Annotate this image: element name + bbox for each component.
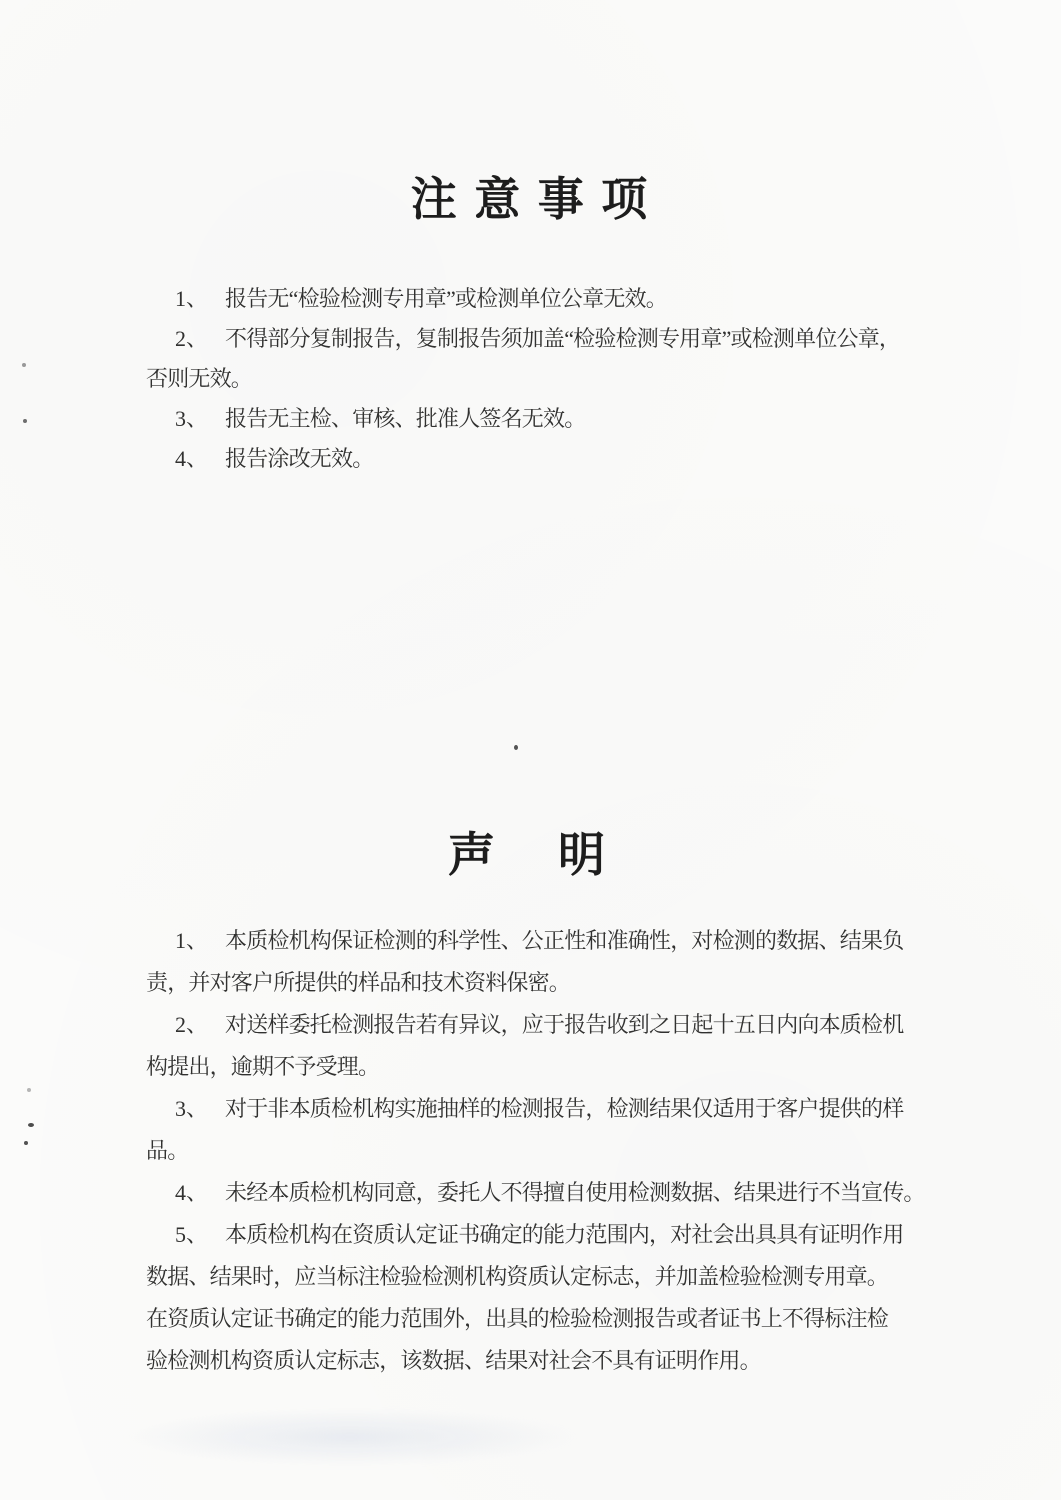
- continuation-line: 构提出，逾期不予受理。: [146, 1046, 921, 1088]
- item-number: 4、: [175, 1172, 225, 1214]
- statement-body: 1、本质检机构保证检测的科学性、公正性和准确性，对检测的数据、结果负责，并对客户…: [146, 920, 921, 1382]
- list-item-line: 1、本质检机构保证检测的科学性、公正性和准确性，对检测的数据、结果负: [146, 920, 921, 962]
- line-text: 构提出，逾期不予受理。: [146, 1054, 379, 1079]
- scan-speck: [24, 1141, 28, 1145]
- line-text: 对送样委托检测报告若有异议，应于报告收到之日起十五日内向本质检机: [225, 1012, 903, 1037]
- line-text: 在资质认定证书确定的能力范围外，出具的检验检测报告或者证书上不得标注检: [146, 1306, 888, 1331]
- line-text: 报告无“检验检测专用章”或检测单位公章无效。: [225, 286, 667, 311]
- line-text: 品。: [146, 1138, 188, 1163]
- continuation-line: 责，并对客户所提供的样品和技术资料保密。: [146, 962, 921, 1004]
- notice-body: 1、报告无“检验检测专用章”或检测单位公章无效。2、不得部分复制报告，复制报告须…: [146, 279, 921, 479]
- item-number: 5、: [175, 1214, 225, 1256]
- list-item-line: 3、对于非本质检机构实施抽样的检测报告，检测结果仅适用于客户提供的样: [146, 1088, 921, 1130]
- statement-title: 声 明: [0, 818, 1061, 885]
- line-text: 报告涂改无效。: [225, 446, 373, 471]
- list-item-line: 3、报告无主检、审核、批准人签名无效。: [146, 399, 921, 439]
- scan-smudge: [120, 1408, 580, 1466]
- list-item-line: 2、对送样委托检测报告若有异议，应于报告收到之日起十五日内向本质检机: [146, 1004, 921, 1046]
- item-number: 1、: [175, 920, 225, 962]
- continuation-line: 在资质认定证书确定的能力范围外，出具的检验检测报告或者证书上不得标注检: [146, 1298, 921, 1340]
- continuation-line: 验检测机构资质认定标志，该数据、结果对社会不具有证明作用。: [146, 1340, 921, 1382]
- scan-speck: [22, 363, 26, 367]
- scan-speck: [27, 1088, 31, 1092]
- continuation-line: 品。: [146, 1130, 921, 1172]
- list-item-line: 5、本质检机构在资质认定证书确定的能力范围内，对社会出具具有证明作用: [146, 1214, 921, 1256]
- line-text: 验检测机构资质认定标志，该数据、结果对社会不具有证明作用。: [146, 1348, 761, 1373]
- line-text: 对于非本质检机构实施抽样的检测报告，检测结果仅适用于客户提供的样: [225, 1096, 903, 1121]
- scan-speck: [514, 745, 518, 750]
- line-text: 本质检机构保证检测的科学性、公正性和准确性，对检测的数据、结果负: [225, 928, 903, 953]
- scanned-report-page: 注 意 事 项 1、报告无“检验检测专用章”或检测单位公章无效。2、不得部分复制…: [0, 0, 1061, 1500]
- line-text: 未经本质检机构同意，委托人不得擅自使用检测数据、结果进行不当宣传。: [225, 1180, 925, 1205]
- line-text: 数据、结果时，应当标注检验检测机构资质认定标志，并加盖检验检测专用章。: [146, 1264, 888, 1289]
- line-text: 责，并对客户所提供的样品和技术资料保密。: [146, 970, 570, 995]
- line-text: 否则无效。: [146, 366, 252, 391]
- item-number: 3、: [175, 1088, 225, 1130]
- list-item-line: 4、未经本质检机构同意，委托人不得擅自使用检测数据、结果进行不当宣传。: [146, 1172, 921, 1214]
- item-number: 1、: [175, 279, 225, 319]
- line-text: 报告无主检、审核、批准人签名无效。: [225, 406, 585, 431]
- item-number: 2、: [175, 319, 225, 359]
- continuation-line: 数据、结果时，应当标注检验检测机构资质认定标志，并加盖检验检测专用章。: [146, 1256, 921, 1298]
- scan-speck: [23, 419, 27, 423]
- line-text: 本质检机构在资质认定证书确定的能力范围内，对社会出具具有证明作用: [225, 1222, 903, 1247]
- continuation-line: 否则无效。: [146, 359, 921, 399]
- list-item-line: 2、不得部分复制报告，复制报告须加盖“检验检测专用章”或检测单位公章，: [146, 319, 921, 359]
- item-number: 4、: [175, 439, 225, 479]
- list-item-line: 1、报告无“检验检测专用章”或检测单位公章无效。: [146, 279, 921, 319]
- scan-speck: [28, 1123, 34, 1127]
- item-number: 2、: [175, 1004, 225, 1046]
- line-text: 不得部分复制报告，复制报告须加盖“检验检测专用章”或检测单位公章，: [225, 326, 900, 351]
- item-number: 3、: [175, 399, 225, 439]
- list-item-line: 4、报告涂改无效。: [146, 439, 921, 479]
- notice-title: 注 意 事 项: [0, 163, 1061, 229]
